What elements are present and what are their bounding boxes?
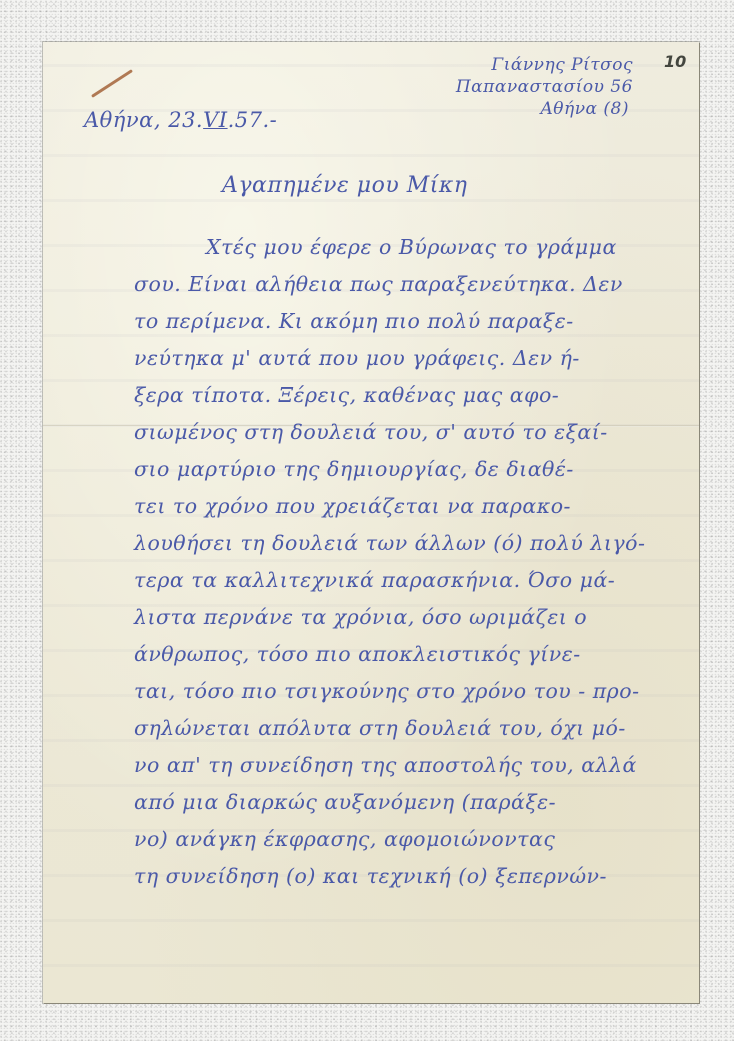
date-place: Αθήνα, bbox=[84, 108, 161, 132]
body-line: τει το χρόνο που χρειάζεται να παρακο- bbox=[134, 488, 664, 525]
body-line: ται, τόσο πιο τσιγκούνης στο χρόνο του -… bbox=[134, 673, 664, 710]
sender-address-block: Γιάννης Ρίτσος Παπαναστασίου 56 Αθήνα (8… bbox=[443, 54, 633, 120]
body-line: Χτές μου έφερε ο Βύρωνας το γράμμα bbox=[134, 229, 664, 266]
date-month-roman: VI bbox=[203, 108, 227, 132]
date-line: Αθήνα, 23.VI.57.- bbox=[84, 108, 277, 132]
date-day: 23. bbox=[168, 108, 203, 132]
body-line: τη συνείδηση (ο) και τεχνική (ο) ξεπερνώ… bbox=[134, 858, 664, 895]
body-line: σηλώνεται απόλυτα στη δουλειά του, όχι μ… bbox=[134, 710, 664, 747]
salutation: Αγαπημένε μου Μίκη bbox=[222, 173, 467, 198]
body-line: τερα τα καλλιτεχνικά παρασκήνια. Όσο μά- bbox=[134, 562, 664, 599]
letter-body: Χτές μου έφερε ο Βύρωνας το γράμμα σου. … bbox=[134, 229, 664, 895]
body-line: λουθήσει τη δουλειά των άλλων (ό) πολύ λ… bbox=[134, 525, 664, 562]
sender-name: Γιάννης Ρίτσος bbox=[443, 54, 633, 76]
body-line: σου. Είναι αλήθεια πως παραξενεύτηκα. Δε… bbox=[134, 266, 664, 303]
body-line: νο) ανάγκη έκφρασης, αφομοιώνοντας bbox=[134, 821, 664, 858]
body-line: ξερα τίποτα. Ξέρεις, καθένας μας αφο- bbox=[134, 377, 664, 414]
sender-street: Παπαναστασίου 56 bbox=[443, 76, 633, 98]
letter-page: 10 Γιάννης Ρίτσος Παπαναστασίου 56 Αθήνα… bbox=[43, 42, 699, 1003]
sender-city: Αθήνα (8) bbox=[443, 98, 633, 120]
body-line: νο απ' τη συνείδηση της αποστολής του, α… bbox=[134, 747, 664, 784]
body-line: σιωμένος στη δουλειά του, σ' αυτό το εξα… bbox=[134, 414, 664, 451]
page-number: 10 bbox=[664, 52, 686, 71]
body-line: από μια διαρκώς αυξανόμενη (παράξε- bbox=[134, 784, 664, 821]
body-line: άνθρωπος, τόσο πιο αποκλειστικός γίνε- bbox=[134, 636, 664, 673]
body-line: το περίμενα. Κι ακόμη πιο πολύ παραξε- bbox=[134, 303, 664, 340]
date-year: .57.- bbox=[228, 108, 278, 132]
body-line: λιστα περνάνε τα χρόνια, όσο ωριμάζει ο bbox=[134, 599, 664, 636]
body-line: σιο μαρτύριο της δημιουργίας, δε διαθέ- bbox=[134, 451, 664, 488]
body-line: νεύτηκα μ' αυτά που μου γράφεις. Δεν ή- bbox=[134, 340, 664, 377]
